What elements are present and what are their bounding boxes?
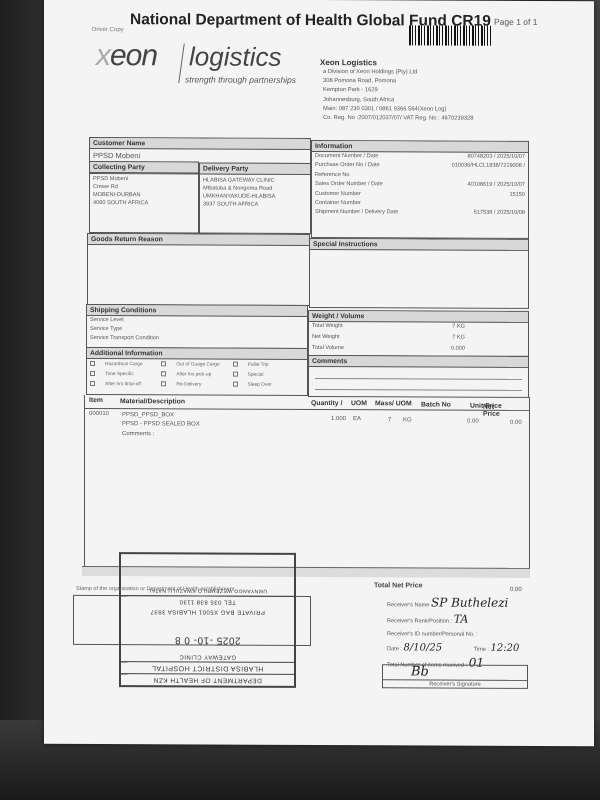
delivery-party-address: HLABISA GATEWAY CLINIC Mtbatuba & Nongom… — [200, 174, 310, 210]
option-label: Time Specific — [105, 372, 134, 377]
net-price: 0.00 — [510, 420, 522, 426]
total-net-price: 0.00 — [510, 587, 522, 593]
receiver-name: SP Buthelezi — [431, 595, 508, 609]
info-label: Document Number / Date — [315, 152, 378, 162]
hospital-stamp: DEPARTMENT OF HEALTH KZN HLABISA DISTRIC… — [119, 552, 296, 688]
receiver-signature: Bb — [383, 665, 527, 680]
barcode — [409, 25, 491, 45]
info-value: 15150 — [509, 190, 525, 199]
receiver-details: Receiver's Name SP Buthelezi Receiver's … — [387, 596, 519, 673]
option-label: Out of Guage Cargo — [176, 362, 219, 367]
logo-divider — [178, 44, 185, 84]
additional-info-section: Additional Information Hazardous CargoOu… — [86, 347, 308, 396]
weight-value: 0.000 — [451, 345, 465, 356]
additional-option[interactable]: After hrs drop-off — [90, 380, 161, 390]
receiver-id-label: Receiver's ID number/Personal No. : — [387, 631, 478, 637]
info-label: Customer Number — [315, 190, 361, 200]
additional-options: Hazardous CargoOut of Guage CargoPullie … — [87, 359, 307, 392]
option-label: Re-Delivery — [176, 382, 201, 387]
delivery-note-document: Driver Copy National Department of Healt… — [44, 0, 594, 746]
information-rows: Document Number / Date80748203 / 2025/10… — [312, 152, 528, 219]
logo-tagline: strength through partnerships — [185, 74, 296, 84]
stamp-line: TEL 035 838 1130 — [121, 595, 294, 607]
collecting-party-address: PPSD Mobeni Crewe Rd MOBENI-DURBAN 4060 … — [90, 173, 198, 209]
signature-box: Bb Receiver's Signature — [382, 664, 528, 689]
logo-xeon: xeon — [96, 39, 157, 73]
item-number: 000010 — [89, 411, 109, 417]
additional-option[interactable]: Sleep Over — [233, 381, 304, 391]
comment-line — [315, 384, 522, 391]
option-label: Hazardous Cargo — [105, 362, 143, 367]
col-batch: Batch No — [421, 401, 451, 408]
info-label: Shipment Number / Delivery Date — [315, 208, 398, 218]
special-instructions-section: Special Instructions — [309, 238, 529, 309]
quantity: 1.000 — [331, 416, 346, 422]
info-label: Purchase Order No / Date — [315, 161, 380, 171]
weight-label: Net Weight — [312, 333, 340, 344]
time-label: Time : — [474, 647, 489, 653]
option-label: After hrs pick-up — [176, 372, 211, 377]
info-value: 010036/HLCL1838/7219008 / — [452, 162, 525, 172]
checkbox[interactable] — [90, 371, 95, 376]
weight-section: Weight / Volume Total Weight7 KGNet Weig… — [308, 310, 529, 357]
option-label: After hrs drop-off — [105, 382, 141, 387]
stamp-line: GATEWAY CLINIC — [121, 651, 294, 662]
company-address: a Division of Xeon Holdings (Pty) Ltd 30… — [323, 68, 474, 124]
company-line: Co. Reg. No :2007/012037/07/ VAT Reg. No… — [323, 114, 474, 124]
additional-option[interactable]: After hrs pick-up — [161, 370, 232, 380]
weight-value: 7 KG — [452, 334, 465, 345]
info-label: Container Number — [315, 199, 361, 209]
weight-rows: Total Weight7 KGNet Weight7 KGTotal Volu… — [309, 322, 528, 356]
checkbox[interactable] — [90, 381, 95, 386]
address-line: 3937 SOUTH AFRICA — [203, 200, 307, 208]
info-row: Shipment Number / Delivery Date517538 / … — [312, 208, 528, 218]
weight-value: 7 KG — [452, 323, 465, 334]
collecting-party-section: Collecting Party PPSD Mobeni Crewe Rd MO… — [89, 161, 199, 233]
info-label: Sales Order Number / Date — [315, 180, 383, 190]
mass: 7 — [388, 417, 391, 423]
stamp-line: DEPARTMENT OF HEALTH KZN — [121, 673, 294, 686]
information-label: Information — [312, 141, 528, 153]
additional-option[interactable]: Pullie Trip — [233, 361, 304, 371]
logo-logistics: logistics — [189, 41, 281, 72]
checkbox[interactable] — [161, 362, 166, 367]
additional-option[interactable]: Special — [233, 371, 304, 381]
col-mass: Mass/ UOM — [375, 400, 412, 407]
unit-price: 0.00 — [467, 419, 479, 425]
comments-label: Comments — [309, 356, 528, 368]
items-table: Item Material/Description Quantity / UOM… — [84, 395, 530, 577]
option-label: Sleep Over — [248, 383, 272, 388]
comments-section: Comments — [308, 355, 529, 398]
stamp-line: HLABISA DISTRICT HOSPITAL — [121, 661, 294, 674]
shipping-rows: Service Level Service Type Service Trans… — [87, 316, 307, 344]
checkbox[interactable] — [161, 372, 166, 377]
company-name: Xeon Logistics — [320, 58, 377, 67]
option-label: Pullie Trip — [248, 363, 269, 368]
material-code: PPSD_PPSD_BOX — [122, 412, 174, 418]
info-value: 80748203 / 2025/10/07 — [467, 153, 525, 163]
info-value: 517538 / 2025/10/08 — [474, 209, 525, 219]
table-row: 000010 PPSD_PPSD_BOX PPSD - PPSD SEALED … — [85, 409, 529, 451]
stamp-date: 2025 -10- 0 8 — [121, 628, 294, 652]
additional-option[interactable]: Time Specific — [90, 370, 161, 380]
info-label: Reference No — [315, 171, 350, 181]
comment-line — [315, 373, 522, 380]
col-item: Item — [89, 397, 103, 404]
col-uom: UOM — [351, 400, 367, 407]
additional-option[interactable]: Out of Guage Cargo — [161, 360, 232, 370]
col-quantity: Quantity / — [311, 400, 342, 407]
copy-label: Driver Copy — [92, 27, 124, 33]
weight-label: Total Weight — [312, 322, 343, 333]
material-description: PPSD - PPSD SEALED BOX — [122, 421, 200, 427]
weight-row: Total Weight7 KG — [309, 322, 528, 334]
checkbox[interactable] — [233, 382, 238, 387]
info-value: 40108619 / 2025/10/07 — [467, 181, 525, 191]
logo-text: eon — [110, 39, 157, 72]
company-line: Johannesburg, South Africa — [323, 96, 474, 106]
page-number: Page 1 of 1 — [494, 17, 537, 27]
address-line: 4060 SOUTH AFRICA — [93, 199, 195, 207]
delivery-party-label: Delivery Party — [200, 163, 310, 174]
collecting-party-label: Collecting Party — [90, 162, 198, 173]
receiver-rank: TA — [454, 613, 469, 626]
mass-uom: KG — [403, 417, 412, 423]
special-instructions-label: Special Instructions — [310, 239, 528, 251]
col-material: Material/Description — [120, 398, 185, 405]
checkbox[interactable] — [161, 382, 166, 387]
additional-option[interactable]: Hazardous Cargo — [90, 360, 161, 370]
weight-label: Total Volume — [312, 344, 344, 355]
receipt-date: 8/10/25 — [404, 642, 443, 653]
item-comments: Comments : — [122, 431, 154, 437]
shipping-section: Shipping Conditions Service Level Servic… — [86, 304, 308, 349]
option-label: Special — [248, 373, 264, 378]
uom: EA — [353, 416, 361, 422]
date-label: Date : — [387, 646, 402, 652]
signature-label: Receiver's Signature — [383, 679, 527, 689]
receipt-time: 12:20 — [491, 643, 520, 654]
goods-return-label: Goods Return Reason — [88, 234, 309, 246]
receiver-name-label: Receiver's Name — [387, 602, 429, 608]
checkbox[interactable] — [233, 362, 238, 367]
checkbox[interactable] — [90, 361, 95, 366]
stamp-line: PRIVATE BAG X5001 HLABISA 3937 — [121, 606, 294, 629]
delivery-party-section: Delivery Party HLABISA GATEWAY CLINIC Mt… — [199, 162, 311, 233]
checkbox[interactable] — [233, 372, 238, 377]
goods-return-section: Goods Return Reason — [87, 233, 310, 306]
shipping-row: Service Transport Condition — [90, 334, 304, 344]
additional-option[interactable]: Re-Delivery — [161, 380, 232, 390]
receiver-rank-label: Receiver's Rank/Position : — [387, 618, 452, 624]
stamp-line: UMNYANGO WEZEMPILO KWAZULU NATAL — [121, 585, 294, 596]
total-net-price-label: Total Net Price — [374, 582, 423, 589]
information-section: Information Document Number / Date807482… — [311, 140, 529, 239]
company-line: Kempton Park - 1629 — [323, 86, 474, 96]
